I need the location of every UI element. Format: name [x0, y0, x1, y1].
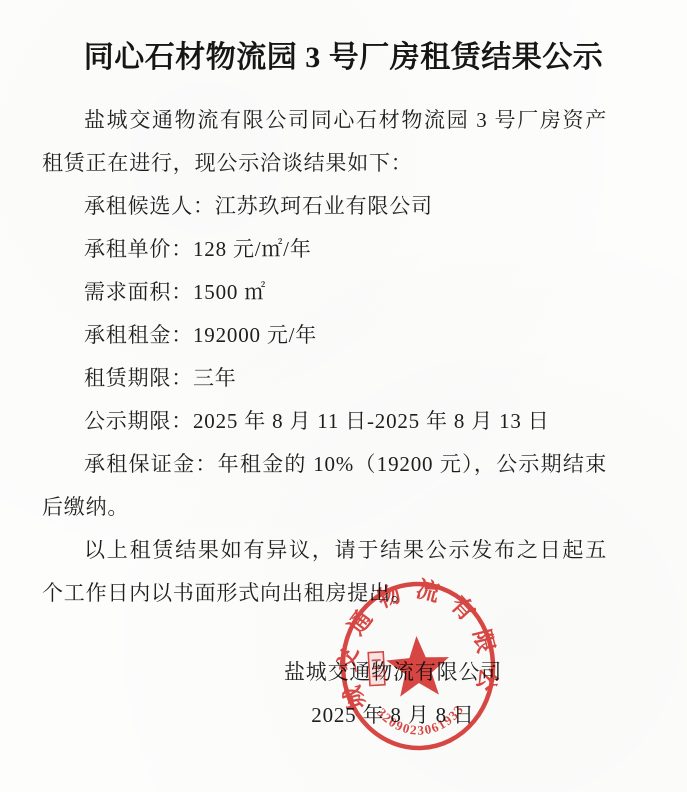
item-label: 需求面积：: [84, 280, 193, 304]
item-value: 江苏玖珂石业有限公司: [215, 194, 433, 218]
item-row-rent: 承租租金：192000 元/年: [42, 314, 607, 357]
item-label: 承租候选人：: [84, 194, 215, 218]
item-row-area: 需求面积：1500 ㎡: [42, 271, 607, 314]
seal-star-icon: [385, 634, 451, 697]
item-value: 192000 元/年: [193, 323, 317, 347]
company-seal: 盐城交通物流有限公司 3209023061933: [332, 574, 504, 756]
item-value: 128 元/㎡/年: [193, 237, 312, 261]
item-label: 公示期限：: [84, 409, 193, 433]
item-value: 2025 年 8 月 11 日-2025 年 8 月 13 日: [193, 409, 550, 433]
item-label: 租赁期限：: [84, 366, 193, 390]
intro-paragraph: 盐城交通物流有限公司同心石材物流园 3 号厂房资产租赁正在进行，现公示洽谈结果如…: [42, 99, 607, 185]
item-value: 三年: [193, 366, 237, 390]
seal-inner-mark: [368, 652, 385, 686]
seal-code-text: 3209023061933: [374, 701, 468, 740]
item-row-candidate: 承租候选人：江苏玖珂石业有限公司: [42, 185, 607, 228]
page-title: 同心石材物流园 3 号厂房租赁结果公示: [20, 40, 667, 76]
item-label: 承租单价：: [84, 237, 193, 261]
item-value: 1500 ㎡: [193, 280, 266, 304]
document-page: 同心石材物流园 3 号厂房租赁结果公示 盐城交通物流有限公司同心石材物流园 3 …: [0, 0, 687, 792]
item-label: 承租租金：: [84, 323, 193, 347]
item-row-unit-price: 承租单价：128 元/㎡/年: [42, 228, 607, 271]
item-row-deposit: 承租保证金：年租金的 10%（19200 元），公示期结束后缴纳。: [42, 443, 607, 529]
item-row-lease-term: 租赁期限：三年: [42, 357, 607, 400]
objection-paragraph: 以上租赁结果如有异议，请于结果公示发布之日起五个工作日内以书面形式向出租房提出。: [42, 529, 607, 615]
item-label: 承租保证金：: [84, 452, 218, 476]
item-row-publicity-period: 公示期限：2025 年 8 月 11 日-2025 年 8 月 13 日: [42, 400, 607, 443]
seal-code-curve: 3209023061933: [374, 701, 468, 740]
